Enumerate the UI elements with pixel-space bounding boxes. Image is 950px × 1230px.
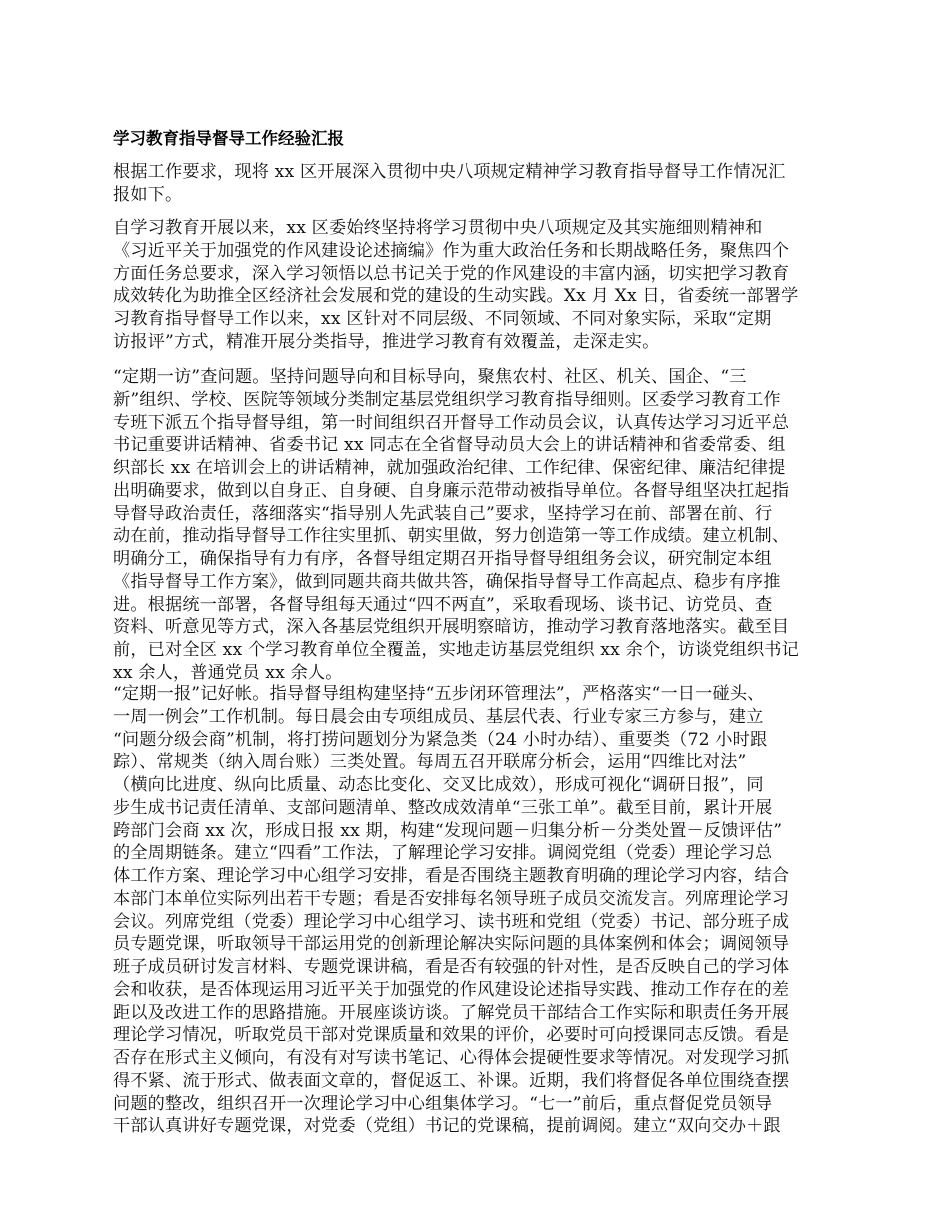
paragraph-regular-report: “定期一报”记好帐。指导督导组构建坚持“五步闭环管理法”，严格落实“一日一碰头、… — [113, 683, 848, 1138]
paragraph-line: 踪）、常规类（纳入周台账）三类处置。每周五召开联席分析会，运用“四维比对法” — [113, 751, 848, 774]
paragraph-line: 书记重要讲话精神、省委书记 xx 同志在全省督导动员大会上的讲话精神和省委常委、… — [113, 434, 848, 457]
paragraph-line: 会议。列席党组（党委）理论学习中心组学习、读书班和党组（党委）书记、部分班子成 — [113, 911, 848, 934]
paragraph-line: 《指导督导工作方案》，做到同题共商共做共答，确保指导督导工作高起点、稳步有序推 — [113, 571, 848, 594]
paragraph-line: 得不紧、流于形式、做表面文章的，督促返工、补课。近期，我们将督促各单位围绕查摆 — [113, 1070, 848, 1093]
paragraph-intro: 根据工作要求，现将 xx 区开展深入贯彻中央八项规定精神学习教育指导督导工作情况… — [113, 161, 848, 207]
paragraph-line: 资料、听意见等方式，深入各基层党组织开展明察暗访，推动学习教育落地落实。截至目 — [113, 616, 848, 639]
paragraph-line: 报如下。 — [113, 184, 848, 207]
paragraph-line: 动在前，推动指导督导工作往实里抓、朝实里做，努力创造第一等工作成绩。建立机制、 — [113, 525, 848, 548]
paragraph-line: 的全周期链条。建立“四看”工作法，了解理论学习安排。调阅党组（党委）理论学习总 — [113, 842, 848, 865]
paragraph-line: 根据工作要求，现将 xx 区开展深入贯彻中央八项规定精神学习教育指导督导工作情况… — [113, 161, 848, 184]
paragraph-line: xx 余人，普通党员 xx 余人。 — [113, 662, 848, 685]
paragraph-line: 自学习教育开展以来，xx 区委始终坚持将学习贯彻中央八项规定及其实施细则精神和 — [113, 217, 848, 240]
paragraph-line: 步生成书记责任清单、支部问题清单、整改成效清单“三张工单”。截至目前，累计开展 — [113, 797, 848, 820]
paragraph-line: 距以及改进工作的思路措施。开展座谈访谈。了解党员干部结合工作实际和职责任务开展 — [113, 1002, 848, 1025]
paragraph-background: 自学习教育开展以来，xx 区委始终坚持将学习贯彻中央八项规定及其实施细则精神和《… — [113, 217, 848, 354]
paragraph-line: “问题分级会商”机制，将打捞问题划分为紧急类（24 小时办结）、重要类（72 小… — [113, 729, 848, 752]
paragraph-line: 体工作方案、理论学习中心组学习安排，看是否围绕主题教育明确的理论学习内容，结合 — [113, 865, 848, 888]
paragraph-line: 访报评”方式，精准开展分类指导，推进学习教育有效覆盖，走深走实。 — [113, 331, 848, 354]
paragraph-line: 干部认真讲好专题党课，对党委（党组）书记的党课稿，提前调阅。建立“双向交办＋跟 — [113, 1115, 848, 1138]
paragraph-line: 否存在形式主义倾向，有没有对写读书笔记、心得体会提硬性要求等情况。对发现学习抓 — [113, 1047, 848, 1070]
paragraph-line: 班子成员研讨发言材料、专题党课讲稿，看是否有较强的针对性，是否反映自己的学习体 — [113, 956, 848, 979]
paragraph-line: 明确分工，确保指导有力有序，各督导组定期召开指导督导组组务会议，研究制定本组 — [113, 548, 848, 571]
paragraph-line: 方面任务总要求，深入学习领悟以总书记关于党的作风建设的丰富内涵，切实把学习教育 — [113, 263, 848, 286]
paragraph-line: （横向比进度、纵向比质量、动态比变化、交叉比成效），形成可视化“调研日报”，同 — [113, 774, 848, 797]
paragraph-line: 进。根据统一部署，各督导组每天通过“四不两直”，采取看现场、谈书记、访党员、查 — [113, 594, 848, 617]
paragraph-line: 跨部门会商 xx 次，形成日报 xx 期，构建“发现问题－归集分析－分类处置－反… — [113, 820, 848, 843]
paragraph-line: “定期一访”查问题。坚持问题导向和目标导向，聚焦农村、社区、机关、国企、“三 — [113, 366, 848, 389]
paragraph-line: 《习近平关于加强党的作风建设论述摘编》作为重大政治任务和长期战略任务，聚焦四个 — [113, 240, 848, 263]
paragraph-line: 问题的整改，组织召开一次理论学习中心组集体学习。“七一”前后，重点督促党员领导 — [113, 1093, 848, 1116]
paragraph-line: 织部长 xx 在培训会上的讲话精神，就加强政治纪律、工作纪律、保密纪律、廉洁纪律… — [113, 457, 848, 480]
paragraph-line: “定期一报”记好帐。指导督导组构建坚持“五步闭环管理法”，严格落实“一日一碰头、 — [113, 683, 848, 706]
paragraph-line: 理论学习情况，听取党员干部对党课质量和效果的评价，必要时可向授课同志反馈。看是 — [113, 1024, 848, 1047]
paragraph-regular-visit: “定期一访”查问题。坚持问题导向和目标导向，聚焦农村、社区、机关、国企、“三新”… — [113, 366, 848, 685]
paragraph-line: 习教育指导督导工作以来，xx 区针对不同层级、不同领域、不同对象实际，采取“定期 — [113, 308, 848, 331]
paragraph-line: 一周一例会”工作机制。每日晨会由专项组成员、基层代表、行业专家三方参与，建立 — [113, 706, 848, 729]
paragraph-line: 出明确要求，做到以自身正、自身硬、自身廉示范带动被指导单位。各督导组坚决扛起指 — [113, 480, 848, 503]
paragraph-line: 导督导政治责任，落细落实“指导别人先武装自己”要求，坚持学习在前、部署在前、行 — [113, 503, 848, 526]
paragraph-line: 新”组织、学校、医院等领域分类制定基层党组织学习教育指导细则。区委学习教育工作 — [113, 389, 848, 412]
paragraph-line: 员专题党课，听取领导干部运用党的创新理论解决实际问题的具体案例和体会；调阅领导 — [113, 933, 848, 956]
paragraph-line: 前，已对全区 xx 个学习教育单位全覆盖，实地走访基层党组织 xx 余个，访谈党… — [113, 639, 848, 662]
paragraph-line: 本部门本单位实际列出若干专题；看是否安排每名领导班子成员交流发言。列席理论学习 — [113, 888, 848, 911]
paragraph-line: 会和收获，是否体现运用习近平关于加强党的作风建设论述指导实践、推动工作存在的差 — [113, 979, 848, 1002]
document-title: 学习教育指导督导工作经验汇报 — [113, 128, 344, 150]
paragraph-line: 专班下派五个指导督导组，第一时间组织召开督导工作动员会议，认真传达学习习近平总 — [113, 412, 848, 435]
paragraph-line: 成效转化为助推全区经济社会发展和党的建设的生动实践。Xx 月 Xx 日，省委统一… — [113, 285, 848, 308]
